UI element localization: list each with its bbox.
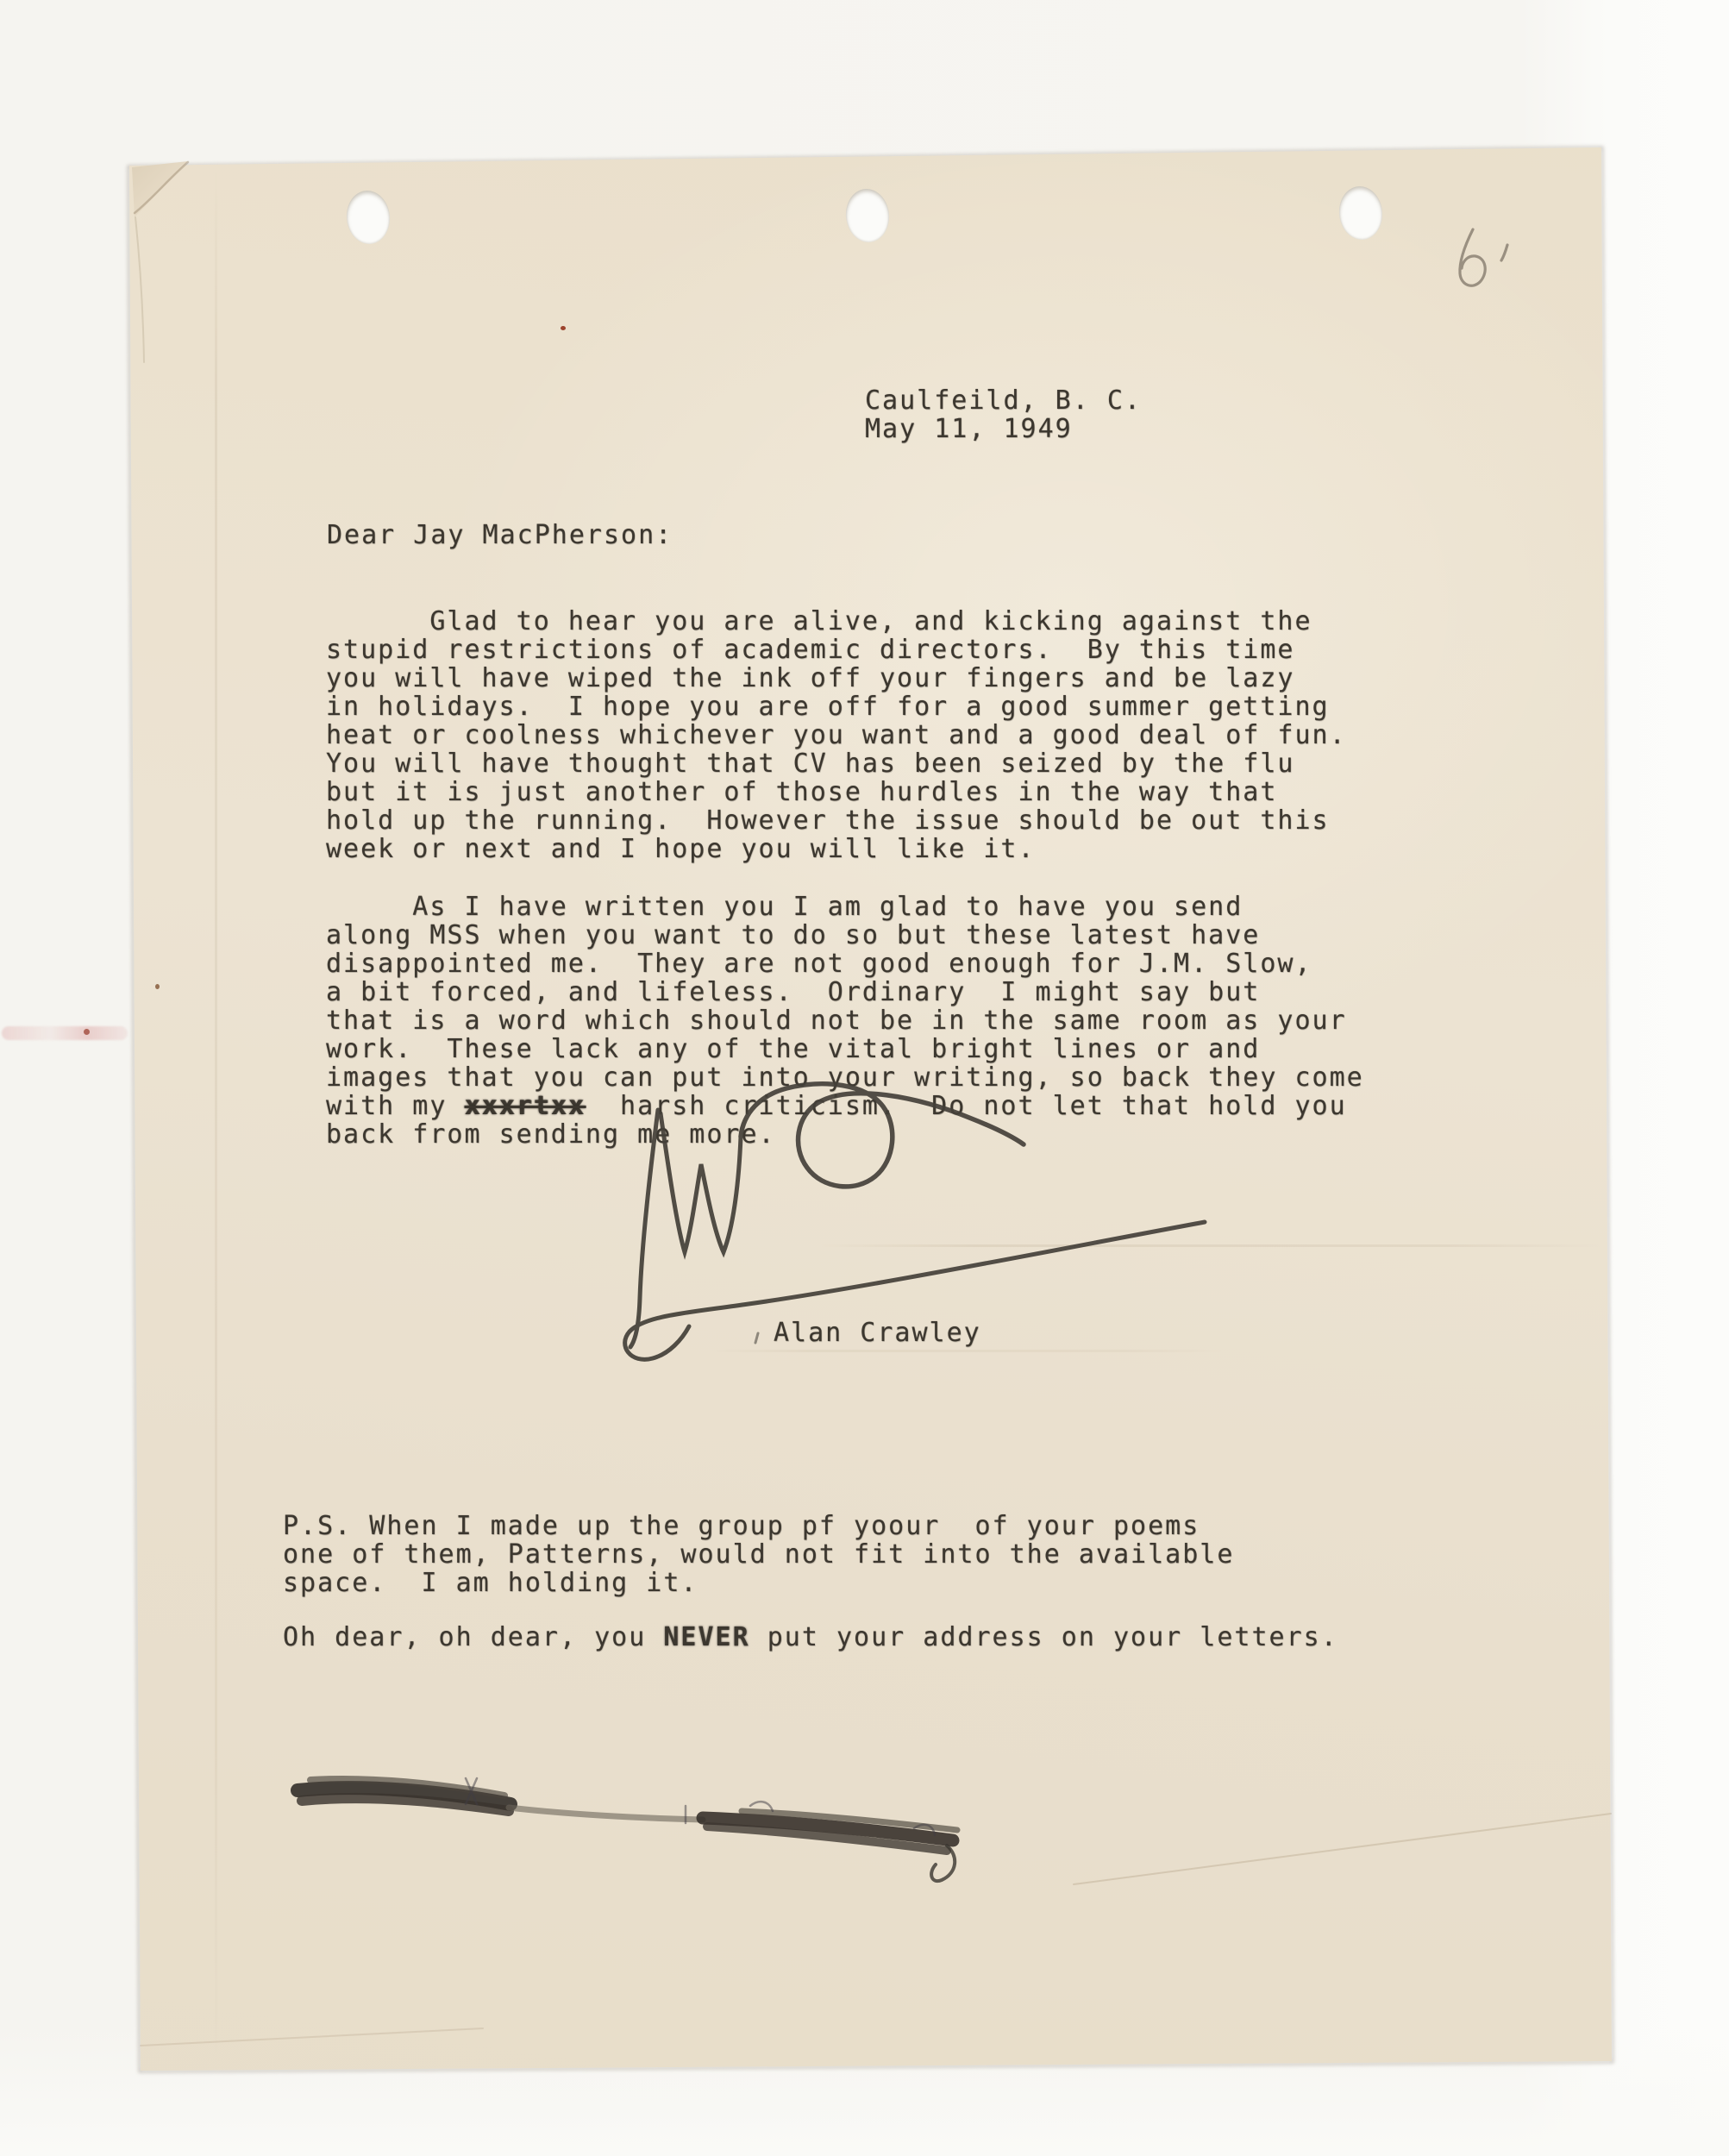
vertical-crease	[215, 168, 217, 2061]
paragraph-2-last-line: back from sending me more.	[326, 1120, 776, 1149]
strikeout-line-after: harsh criticism. Do not let that hold yo…	[586, 1091, 1347, 1121]
paragraph-2-strikeout-line: with my xxxrtxx harsh criticism. Do not …	[326, 1092, 1347, 1120]
address-note-before: Oh dear, oh dear, you	[283, 1622, 663, 1652]
typed-over-word: xxxrtxx	[465, 1091, 586, 1121]
address-note-emphasis: NEVER	[663, 1622, 749, 1652]
pink-smudge-margin	[2, 1026, 128, 1040]
red-speck-paper	[561, 326, 566, 330]
brown-speck-paper	[155, 984, 160, 989]
paragraph-1: Glad to hear you are alive, and kicking …	[326, 607, 1347, 863]
postscript: P.S. When I made up the group pf yoour o…	[283, 1512, 1234, 1597]
signature-typed-name: Alan Crawley	[774, 1319, 981, 1347]
address-note-after: put your address on your letters.	[750, 1622, 1338, 1652]
strikeout-line-before: with my	[326, 1091, 465, 1121]
address-note: Oh dear, oh dear, you NEVER put your add…	[283, 1623, 1338, 1651]
dateline: Caulfeild, B. C. May 11, 1949	[865, 386, 1142, 443]
horizontal-crease-lower	[707, 1350, 1225, 1352]
paragraph-2: As I have written you I am glad to have …	[326, 893, 1364, 1092]
horizontal-crease-mid	[819, 1244, 1604, 1247]
red-speck-margin	[84, 1029, 90, 1035]
salutation: Dear Jay MacPherson:	[327, 521, 673, 549]
scanned-letter-page: Caulfeild, B. C. May 11, 1949 Dear Jay M…	[0, 0, 1729, 2156]
